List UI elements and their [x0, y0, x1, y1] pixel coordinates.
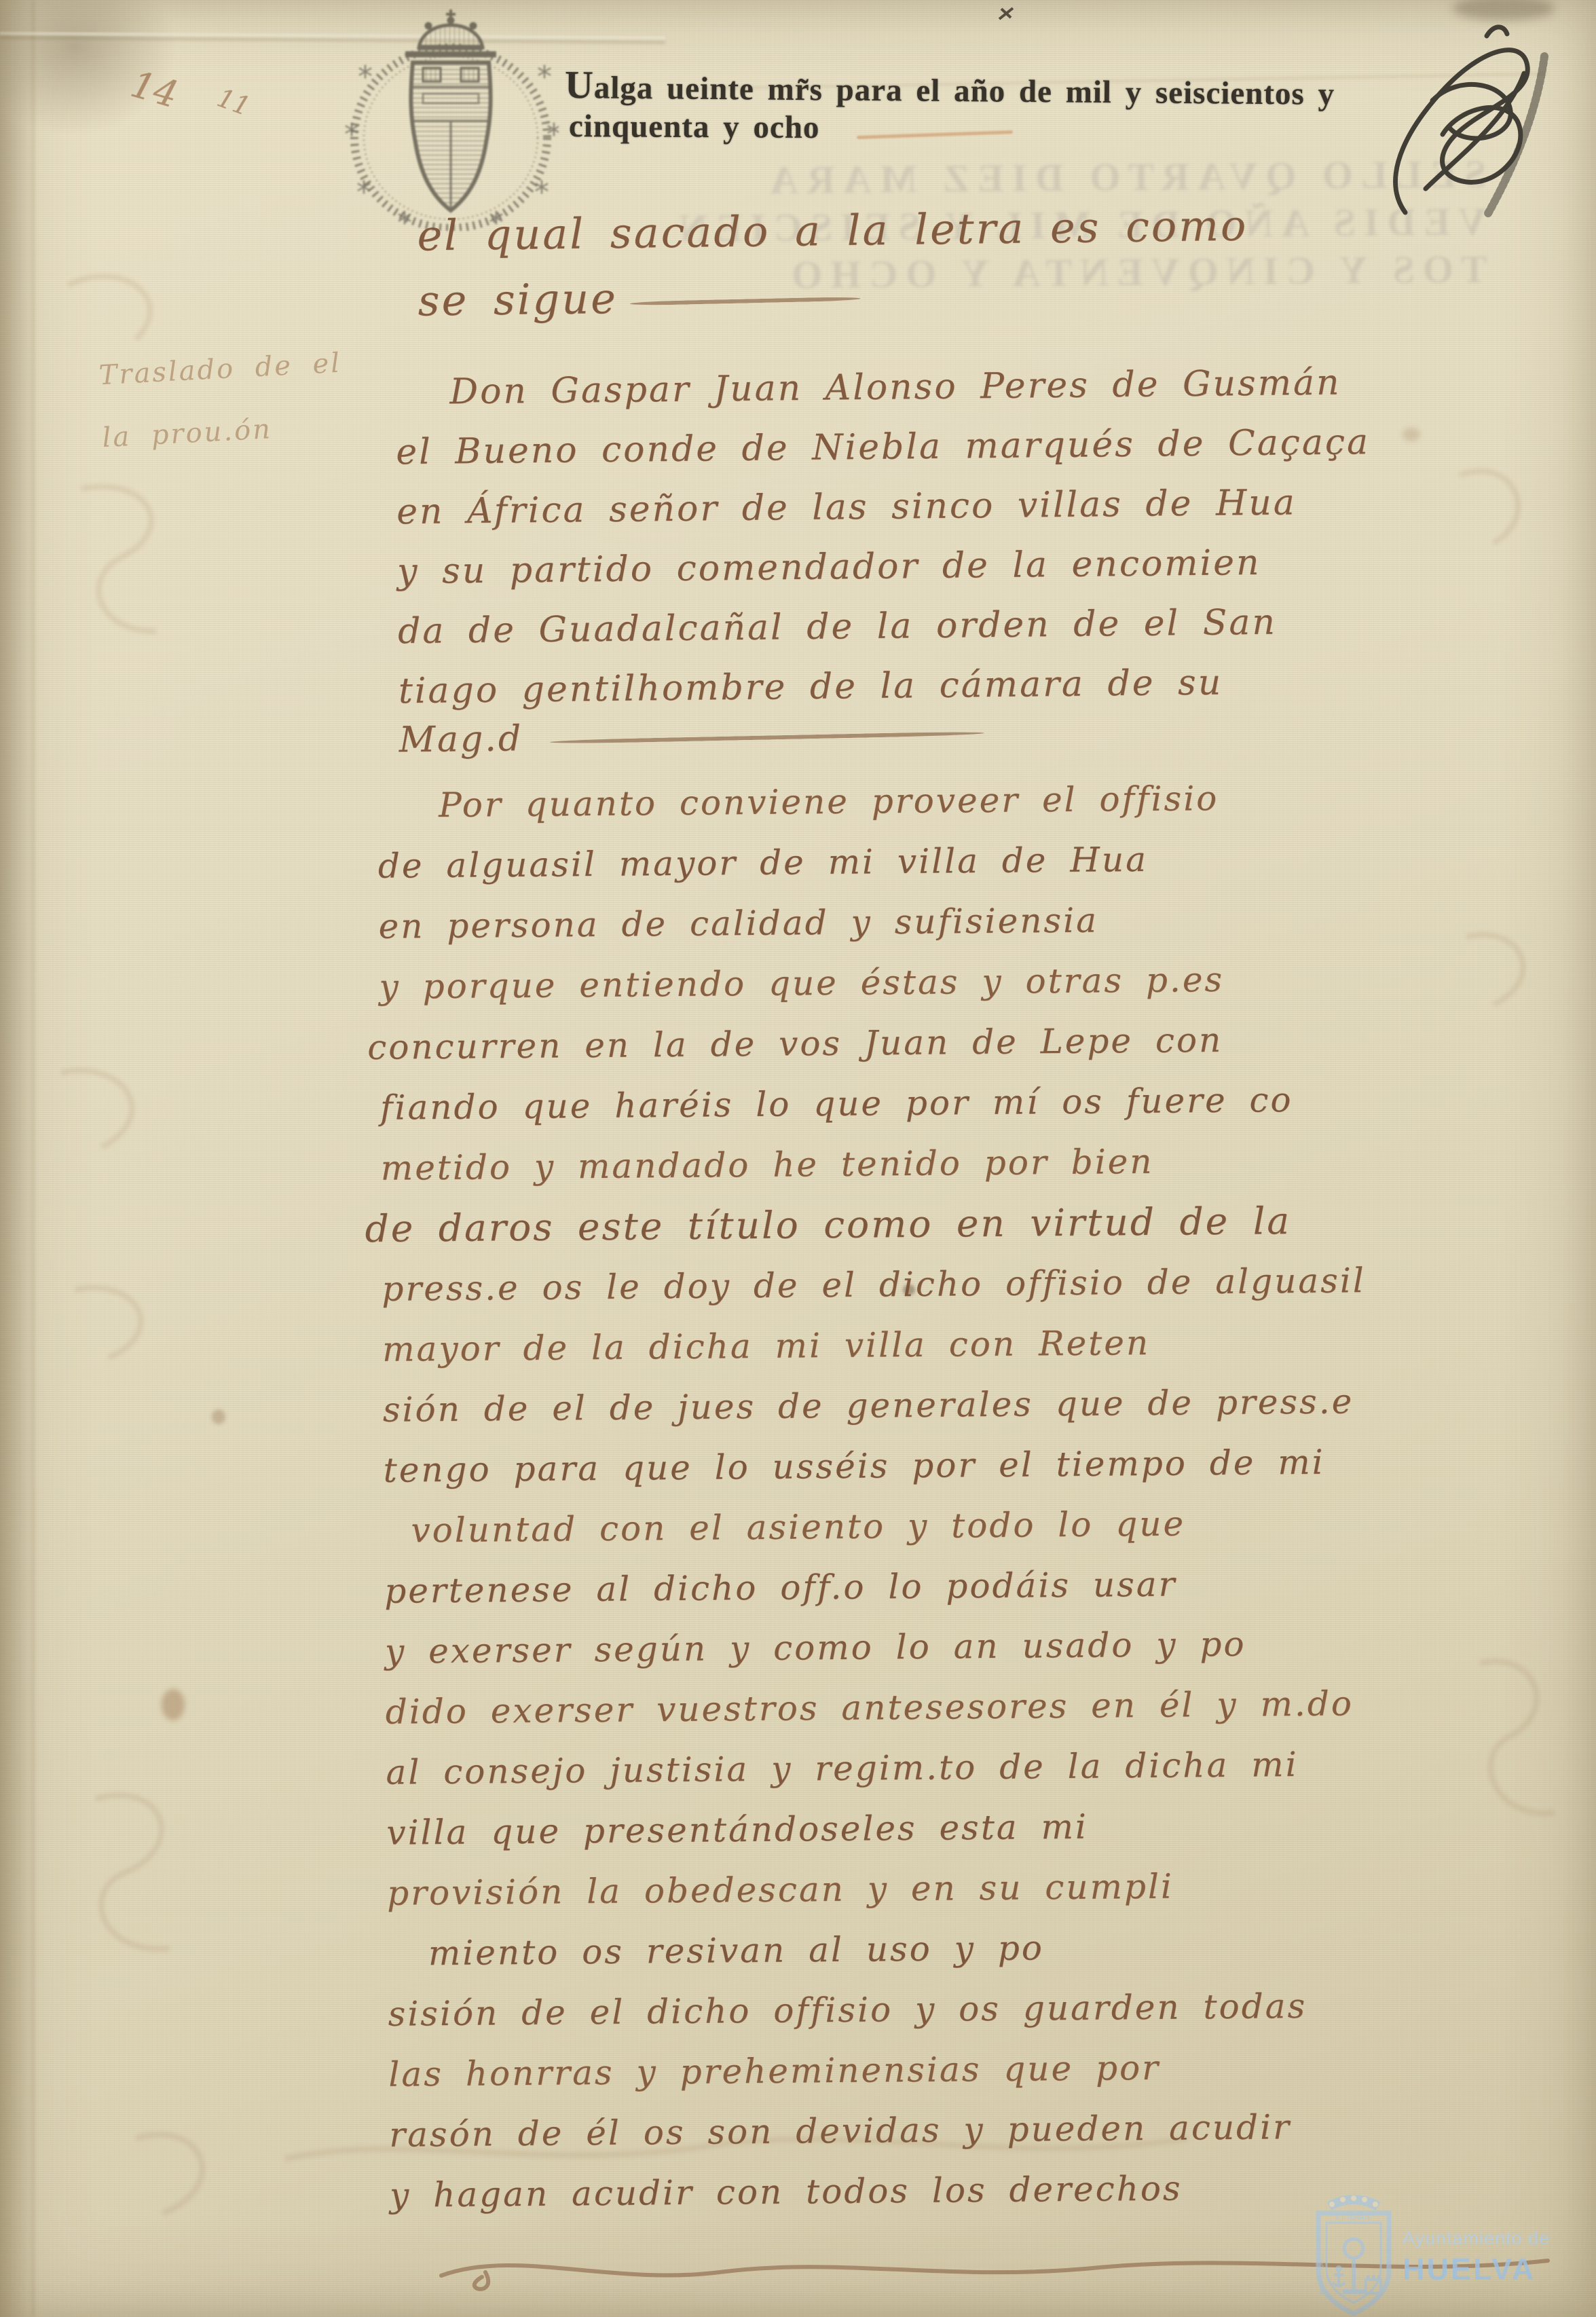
archive-watermark-text: Ayuntamiento de HUELVA: [1403, 2228, 1550, 2287]
body-paragraph-1: Don Gaspar Juan Alonso Peres de Gusmán e…: [395, 350, 1594, 770]
flourish-rule: [630, 297, 861, 306]
flourish-rule: [550, 731, 984, 744]
heading-line-text: se sigue: [417, 274, 618, 326]
manuscript-line: pertenese al dicho off.o lo podáis usar: [384, 1551, 1593, 1622]
manuscript-line: de daros este título como en virtud de l…: [365, 1188, 1590, 1259]
heading-line: el qual sacado a la letra es como: [417, 193, 1248, 269]
manuscript-line: villa que presentándoseles esta mi: [386, 1792, 1595, 1864]
watermark-org-line1: Ayuntamiento de: [1403, 2228, 1550, 2249]
manuscript-line: fiando que haréis lo que por mí os fuere…: [380, 1067, 1589, 1138]
manuscript-line: y porque entiendo que éstas y otras p.es: [379, 946, 1588, 1018]
manuscript-line: tengo para que lo usséis por el tiempo d…: [383, 1430, 1592, 1501]
huelva-coat-of-arms-watermark: ET TERRÆ PORTUS MARIS CUSTODIA: [1309, 2190, 1398, 2317]
manuscript-line: rasón de él os son devidas y pueden acud…: [389, 2094, 1596, 2166]
svg-text:*: *: [344, 117, 359, 152]
manuscript-line: metido y mandado he tenido por bien: [380, 1128, 1589, 1199]
body-paragraph-2: Por quanto conviene proveer el offisio d…: [377, 765, 1596, 2225]
manuscript-line: voluntad con el asiento y todo lo que: [384, 1490, 1593, 1561]
watermark-shield-motto-left: PORTUS MARIS: [1319, 2253, 1325, 2295]
manuscript-line: dido exerser vuestros antesesores en él …: [385, 1671, 1594, 1743]
manuscript-line: y hagan acudir con todos los derechos: [390, 2155, 1596, 2226]
watermark-shield-motto-top: ET TERRÆ: [1336, 2214, 1371, 2222]
margin-note: Traslado de el la prou.ón: [97, 332, 346, 469]
stamp-motto-line1: Ualga ueinte mr̃s para el año de mil y s…: [565, 62, 1335, 114]
svg-text:*: *: [546, 117, 559, 152]
watermark-org-line2: HUELVA: [1403, 2252, 1550, 2287]
manuscript-line: Por quanto conviene proveer el offisio: [377, 765, 1586, 836]
manuscript-line: en persona de calidad y sufisiensia: [378, 886, 1587, 957]
svg-text:*: *: [356, 175, 371, 210]
manuscript-line: provisión la obedescan y en su cumpli: [387, 1853, 1596, 1924]
margin-note-line: la prou.ón: [100, 394, 346, 470]
notary-rubric-flourish: [1385, 19, 1561, 223]
manuscript-line: las honrras y preheminensias que por: [388, 2034, 1596, 2105]
stamp-motto-line2: cinquenta y ocho: [569, 108, 820, 146]
svg-text:*: *: [537, 60, 552, 94]
svg-text:*: *: [358, 60, 373, 94]
heading-line: se sigue: [417, 259, 1249, 334]
manuscript-line: sión de el de jues de generales que de p…: [382, 1369, 1591, 1441]
manuscript-line: sisión de el dicho offisio y os guarden …: [388, 1973, 1596, 2045]
top-edge-cross-mark: [997, 5, 1017, 22]
margin-note-line: Traslado de el: [97, 332, 343, 407]
manuscript-line: miento os resivan al uso y po: [387, 1913, 1596, 1984]
manuscript-page: SELLO QVARTO DIEZ MARA VEDIS AÑO DE MIL …: [0, 0, 1596, 2317]
manuscript-line: de alguasil mayor de mi villa de Hua: [377, 826, 1586, 897]
watermark-shield-motto-right: CUSTODIA: [1385, 2243, 1391, 2272]
manuscript-line: y exerser según y como lo an usado y po: [385, 1611, 1594, 1682]
manuscript-line: concurren en la de vos Juan de Lepe con: [367, 1007, 1589, 1078]
manuscript-line: press.e os le doy de el dicho offisio de…: [382, 1248, 1591, 1320]
svg-text:*: *: [397, 206, 412, 231]
manuscript-line-text: Mag.d: [398, 718, 523, 760]
royal-arms-seal-stamp: *** *** **: [343, 5, 559, 231]
manuscript-line: al consejo justisia y regim.to de la dic…: [386, 1732, 1595, 1803]
manuscript-line: mayor de la dicha mi villa con Reten: [382, 1309, 1591, 1380]
handwritten-heading: el qual sacado a la letra es como se sig…: [417, 193, 1249, 334]
